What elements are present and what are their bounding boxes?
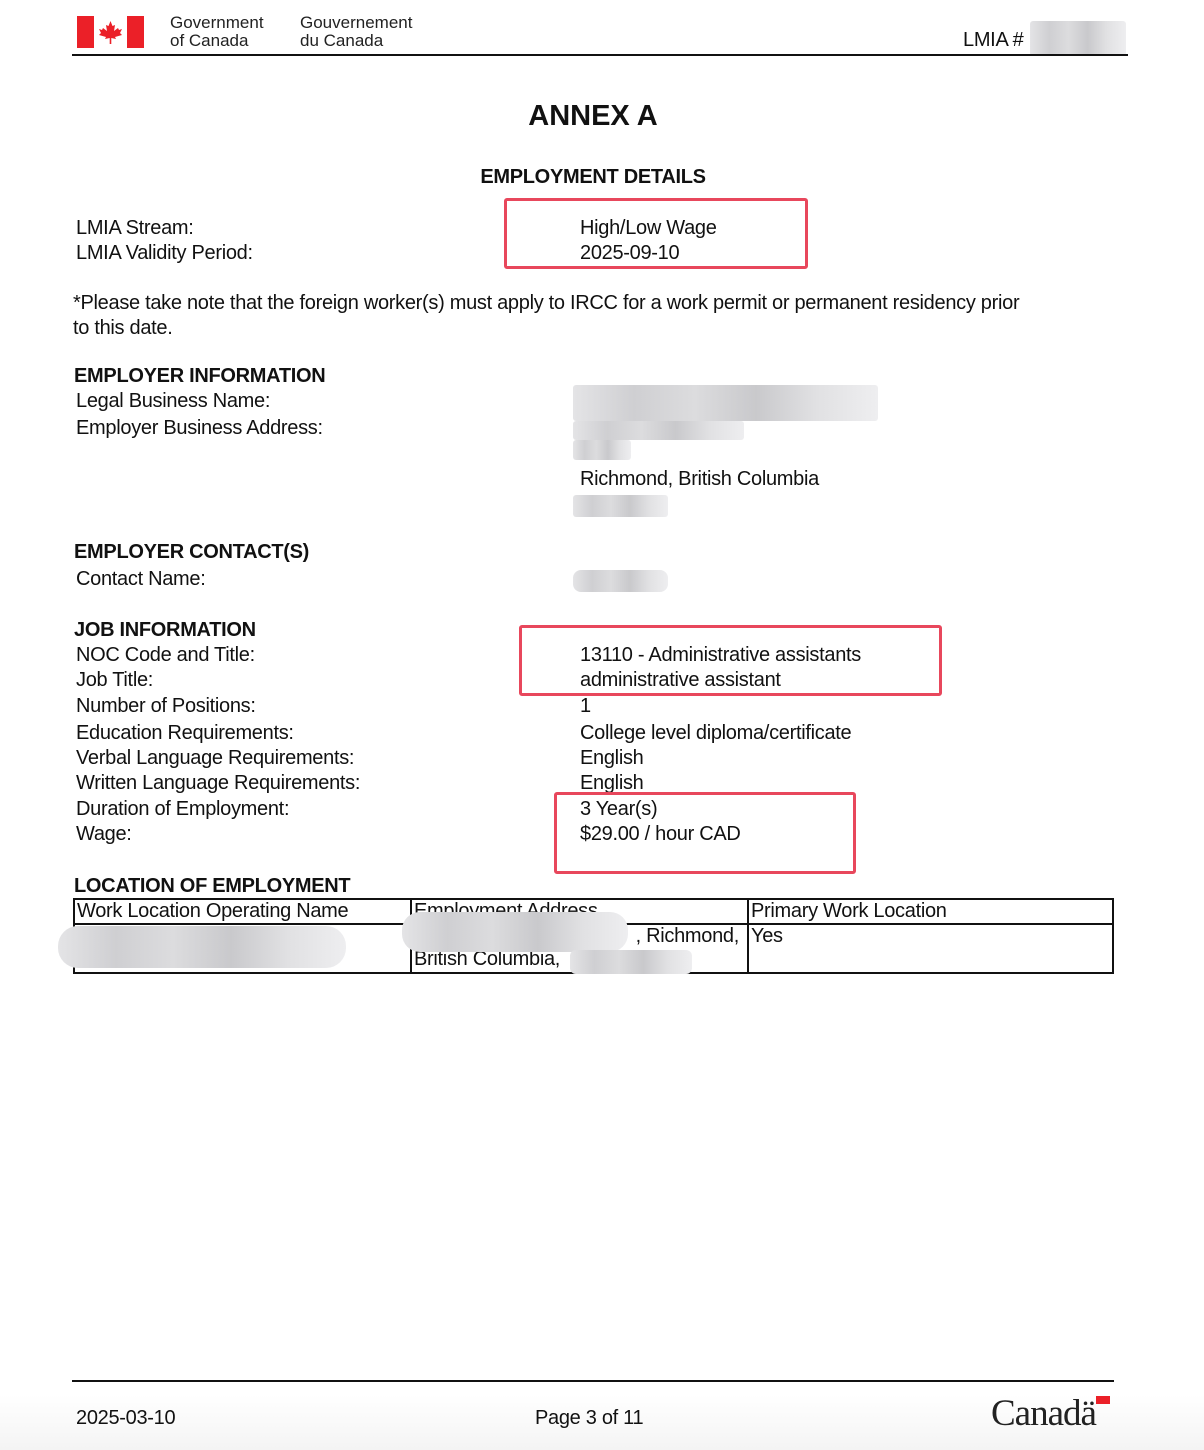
gov-en-line2: of Canada <box>170 32 264 50</box>
legal-business-name-redacted <box>573 385 878 421</box>
gov-en-signature: Government of Canada <box>170 14 264 50</box>
address-postal-redacted <box>570 950 692 974</box>
primary-location-value: Yes <box>748 924 1113 973</box>
location-heading: LOCATION OF EMPLOYMENT <box>74 874 350 899</box>
page-title: ANNEX A <box>0 100 1186 133</box>
postal-code-redacted <box>573 495 668 517</box>
employment-details-heading: EMPLOYMENT DETAILS <box>0 165 1186 190</box>
address-street-redacted <box>402 912 628 952</box>
lmia-validity-label: LMIA Validity Period: <box>76 241 253 266</box>
contact-name-redacted <box>573 570 668 592</box>
gov-fr-line2: du Canada <box>300 32 412 50</box>
wage-label: Wage: <box>76 822 132 847</box>
header-rule <box>72 54 1128 56</box>
highlight-box-wage <box>554 792 856 874</box>
address-line1-redacted <box>573 421 744 440</box>
legal-business-name-label: Legal Business Name: <box>76 389 270 414</box>
lmia-stream-label: LMIA Stream: <box>76 216 194 241</box>
positions-label: Number of Positions: <box>76 694 256 719</box>
verbal-language-label: Verbal Language Requirements: <box>76 746 354 771</box>
lmia-number-label: LMIA # <box>963 28 1023 53</box>
operating-name-redacted <box>58 926 346 968</box>
employer-address-city: Richmond, British Columbia <box>580 467 819 492</box>
written-language-label: Written Language Requirements: <box>76 771 360 796</box>
contact-name-label: Contact Name: <box>76 567 206 592</box>
highlight-box-noc <box>519 625 942 696</box>
employer-address-label: Employer Business Address: <box>76 416 323 441</box>
highlight-box-stream <box>504 198 808 269</box>
gov-en-line1: Government <box>170 14 264 32</box>
employer-contacts-heading: EMPLOYER CONTACT(S) <box>74 540 309 565</box>
col-operating-name: Work Location Operating Name <box>74 899 411 924</box>
work-permit-note-line2: to this date. <box>73 316 173 341</box>
duration-label: Duration of Employment: <box>76 797 289 822</box>
job-information-heading: JOB INFORMATION <box>74 618 256 643</box>
wordmark-flag-icon <box>1096 1396 1110 1404</box>
education-value: College level diploma/certificate <box>580 721 851 746</box>
noc-code-label: NOC Code and Title: <box>76 643 255 668</box>
work-permit-note: *Please take note that the foreign worke… <box>73 291 1019 316</box>
employer-information-heading: EMPLOYER INFORMATION <box>74 364 325 389</box>
canada-flag-icon <box>77 16 144 48</box>
education-label: Education Requirements: <box>76 721 294 746</box>
job-title-label: Job Title: <box>76 668 153 693</box>
address-line2-redacted <box>573 440 631 460</box>
verbal-language-value: English <box>580 746 644 771</box>
canada-wordmark: Canadä <box>991 1394 1096 1434</box>
positions-value: 1 <box>580 694 591 719</box>
gov-fr-line1: Gouvernement <box>300 14 412 32</box>
maple-leaf-icon <box>97 20 124 45</box>
footer-date: 2025-03-10 <box>76 1406 175 1431</box>
footer-rule <box>72 1380 1114 1382</box>
gov-fr-signature: Gouvernement du Canada <box>300 14 412 50</box>
footer-page-number: Page 3 of 11 <box>535 1406 643 1431</box>
lmia-number-redacted <box>1030 21 1126 56</box>
col-primary-work-location: Primary Work Location <box>748 899 1113 924</box>
